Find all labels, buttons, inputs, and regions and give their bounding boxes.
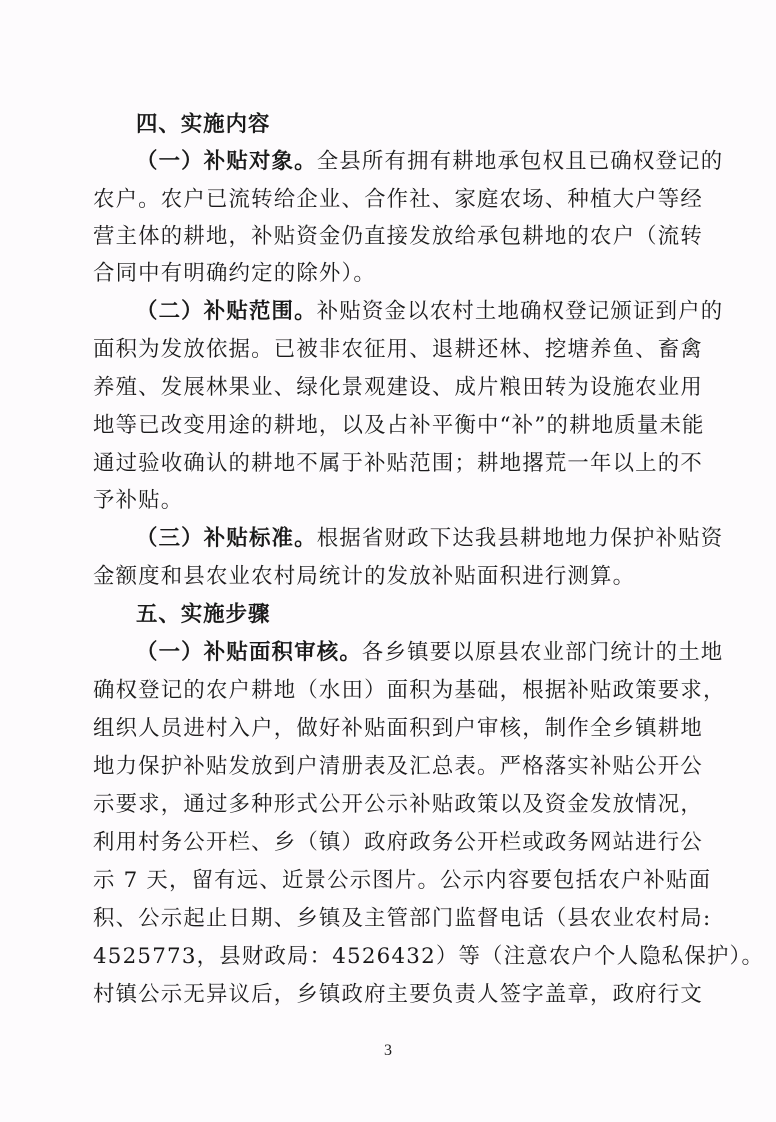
paragraph-lead-area-review: （一）补贴面积审核。 <box>136 640 362 665</box>
paragraph-text: 根据省财政下达我县耕地地力保护补贴资 <box>317 526 724 551</box>
paragraph-line: 农户。农户已流转给企业、合作社、家庭农场、种植大户等经 <box>93 181 683 219</box>
section-heading-implementation-steps: 五、实施步骤 <box>136 596 726 634</box>
paragraph-text: 补贴资金以农村土地确权登记颁证到户的 <box>317 299 724 324</box>
paragraph-line: 地等已改变用途的耕地，以及占补平衡中“补”的耕地质量未能 <box>93 407 683 445</box>
paragraph-line: 示 7 天，留有远、近景公示图片。公示内容要包括农户补贴面 <box>93 862 683 900</box>
paragraph-line: 村镇公示无异议后，乡镇政府主要负责人签字盖章，政府行文 <box>93 976 683 1014</box>
paragraph-line: （三）补贴标准。根据省财政下达我县耕地地力保护补贴资 <box>136 520 726 558</box>
paragraph-line: 面积为发放依据。已被非农征用、退耕还林、挖塘养鱼、畜禽 <box>93 331 683 369</box>
paragraph-lead-subsidy-target: （一）补贴对象。 <box>136 149 317 174</box>
paragraph-line: 予补贴。 <box>93 482 683 520</box>
paragraph-lead-subsidy-standard: （三）补贴标准。 <box>136 526 317 551</box>
paragraph-line: 确权登记的农户耕地（水田）面积为基础，根据补贴政策要求， <box>93 672 683 710</box>
document-page: 四、实施内容 （一）补贴对象。全县所有拥有耕地承包权且已确权登记的 农户。农户已… <box>0 0 776 1122</box>
paragraph-line: 组织人员进村入户，做好补贴面积到户审核，制作全乡镇耕地 <box>93 710 683 748</box>
paragraph-line: （一）补贴对象。全县所有拥有耕地承包权且已确权登记的 <box>136 143 726 181</box>
paragraph-line: （二）补贴范围。补贴资金以农村土地确权登记颁证到户的 <box>136 293 726 331</box>
paragraph-line: 营主体的耕地，补贴资金仍直接发放给承包耕地的农户（流转 <box>93 218 683 256</box>
page-number: 3 <box>370 1042 406 1060</box>
paragraph-line: 合同中有明确约定的除外）。 <box>93 255 683 293</box>
paragraph-text: 各乡镇要以原县农业部门统计的土地 <box>362 640 723 665</box>
paragraph-line: 4525773，县财政局：4526432）等（注意农户个人隐私保护）。 <box>93 938 683 976</box>
paragraph-line: （一）补贴面积审核。各乡镇要以原县农业部门统计的土地 <box>136 634 726 672</box>
paragraph-line: 示要求，通过多种形式公开公示补贴政策以及资金发放情况， <box>93 786 683 824</box>
paragraph-lead-subsidy-scope: （二）补贴范围。 <box>136 299 317 324</box>
paragraph-text: 全县所有拥有耕地承包权且已确权登记的 <box>317 149 724 174</box>
paragraph-line: 通过验收确认的耕地不属于补贴范围；耕地撂荒一年以上的不 <box>93 445 683 483</box>
paragraph-line: 积、公示起止日期、乡镇及主管部门监督电话（县农业农村局: <box>93 900 683 938</box>
section-heading-implementation-content: 四、实施内容 <box>136 106 726 144</box>
paragraph-line: 金额度和县农业农村局统计的发放补贴面积进行测算。 <box>93 558 683 596</box>
paragraph-line: 利用村务公开栏、乡（镇）政府政务公开栏或政务网站进行公 <box>93 824 683 862</box>
paragraph-line: 养殖、发展林果业、绿化景观建设、成片粮田转为设施农业用 <box>93 369 683 407</box>
paragraph-line: 地力保护补贴发放到户清册表及汇总表。严格落实补贴公开公 <box>93 748 683 786</box>
